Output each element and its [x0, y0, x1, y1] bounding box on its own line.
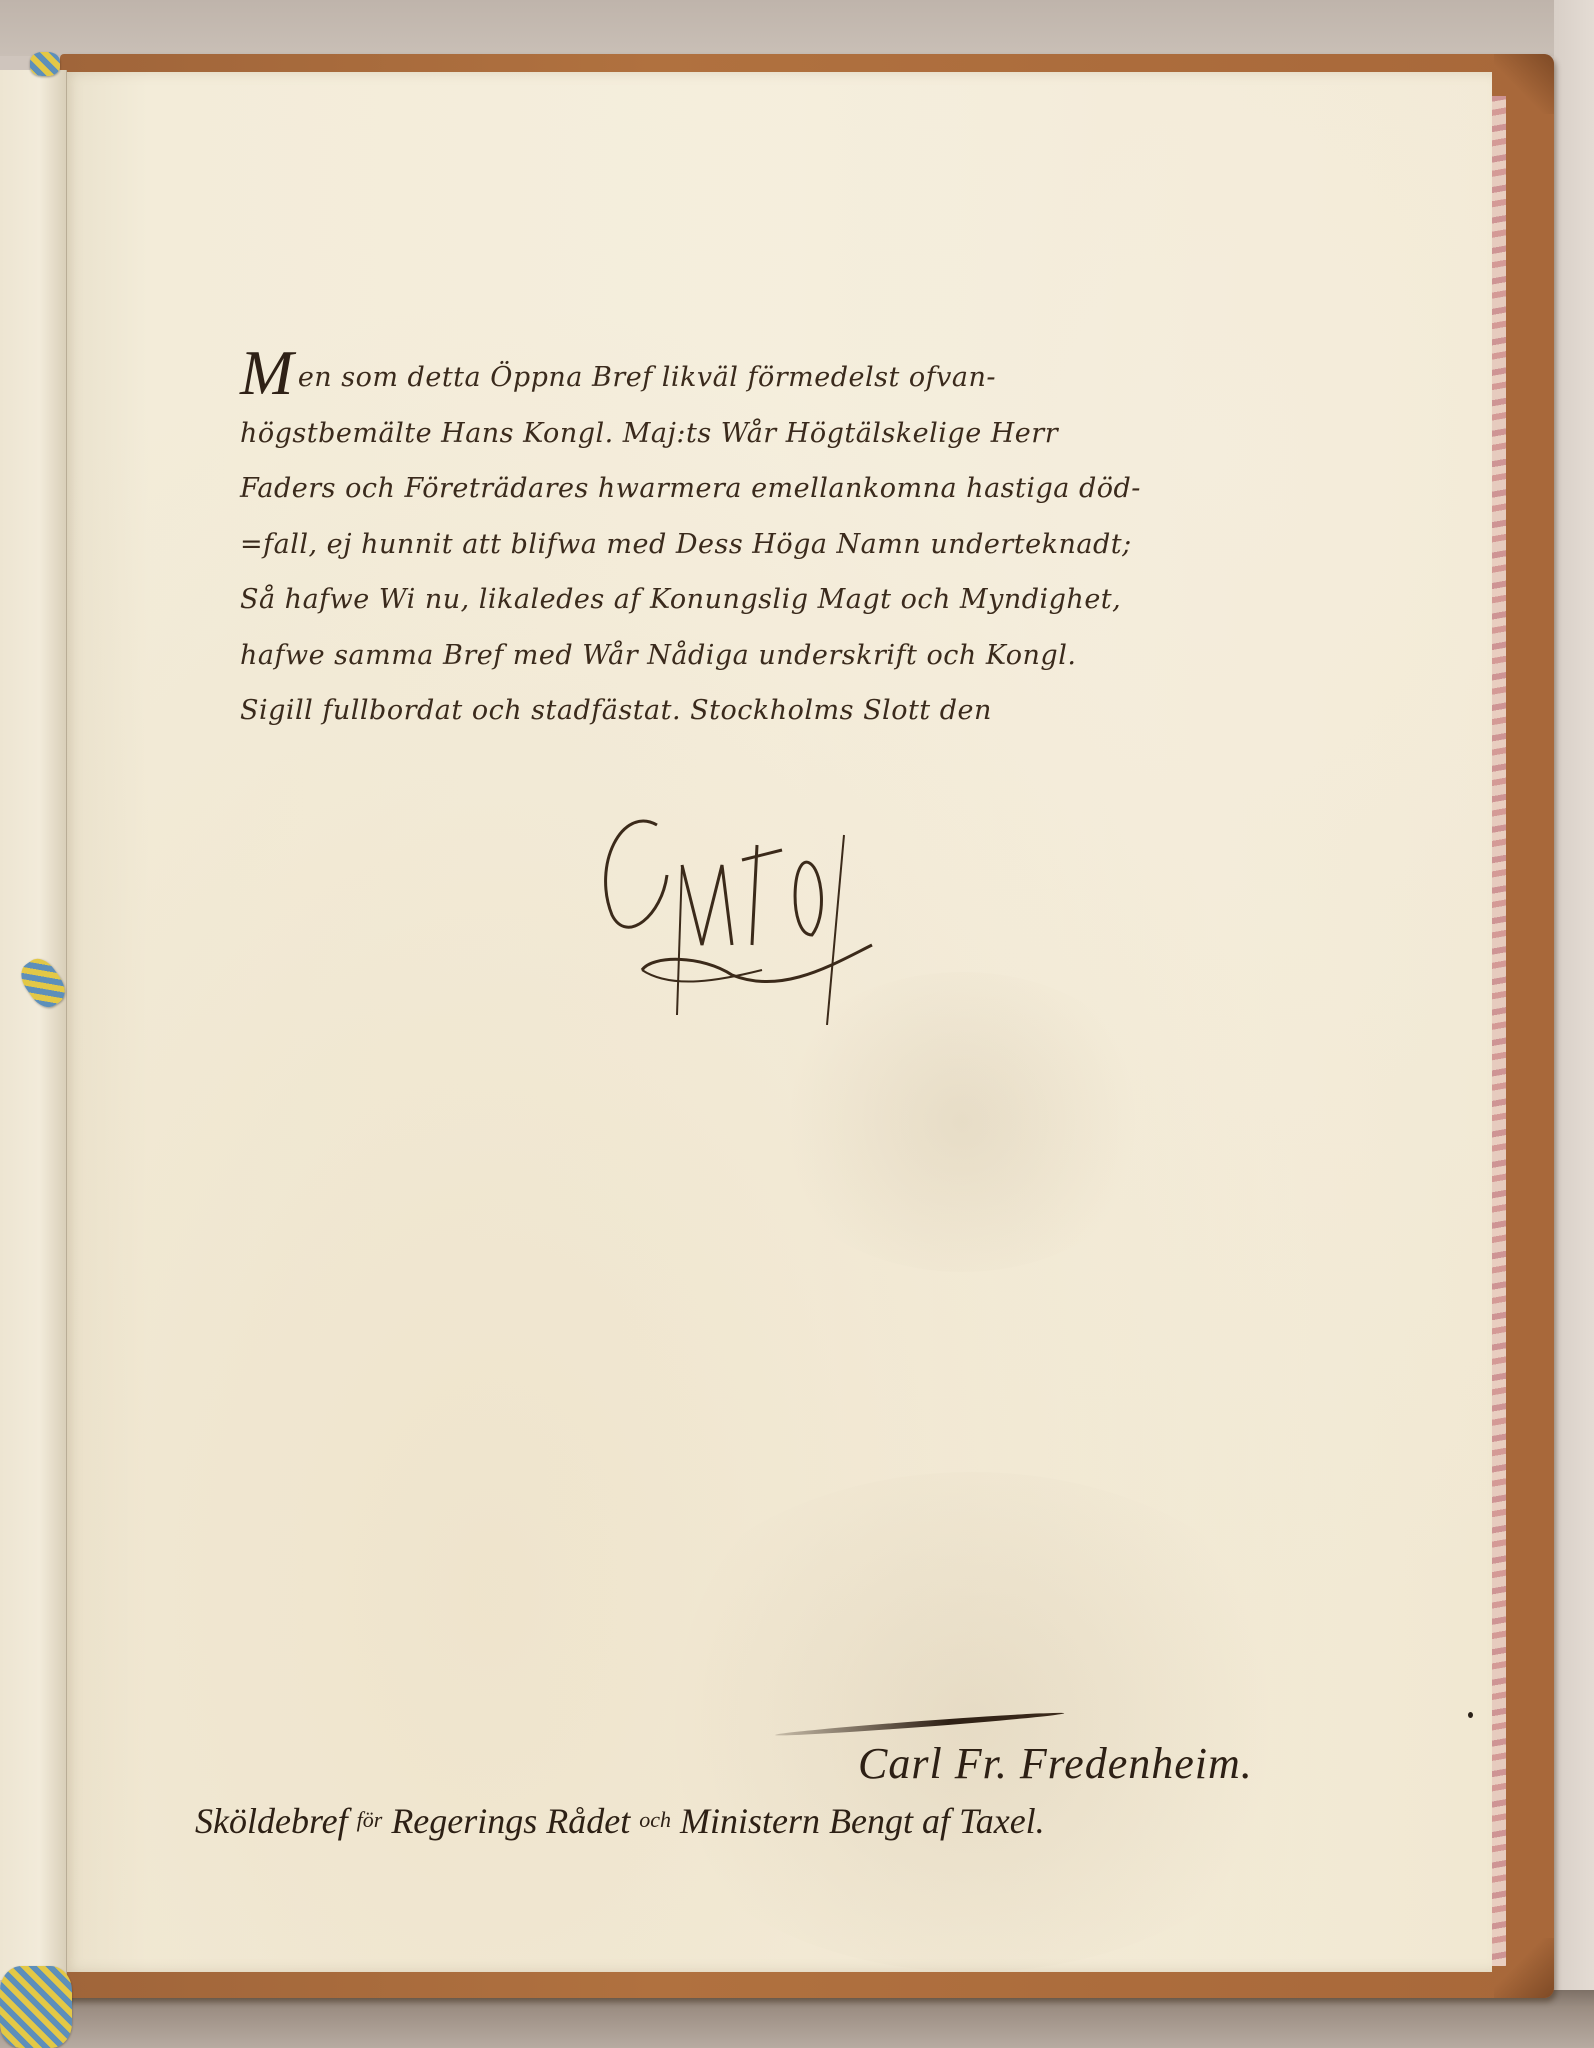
endorsement-title: Sköldebref: [195, 1801, 348, 1841]
letter-line-2: högstbemälte Hans Kongl. Maj:ts Wår Högt…: [240, 406, 1220, 462]
facing-page-gutter: [0, 70, 67, 1980]
backdrop-right: [1554, 0, 1594, 2048]
countersignature: Carl Fr. Fredenheim.: [858, 1738, 1253, 1789]
signature-flourish-icon: [582, 805, 882, 1025]
marbled-fore-edge: [1490, 96, 1506, 1966]
margin-ink-dot: [1468, 1712, 1473, 1718]
royal-signature: [582, 805, 882, 1025]
letter-line-1: Men som detta Öppna Bref likväl förmedel…: [240, 350, 1220, 406]
binding-cord-tassel-icon: [0, 1966, 72, 2048]
letter-line-3: Faders och Företrädares hwarmera emellan…: [240, 461, 1220, 517]
endorsement-for: för: [357, 1807, 383, 1832]
endorsement-office: Regerings Rådet: [391, 1801, 630, 1841]
letter-line-5: Så hafwe Wi nu, likaledes af Konungslig …: [240, 572, 1220, 628]
letter-body-text: Men som detta Öppna Bref likväl förmedel…: [240, 350, 1220, 739]
binding-cord-icon: [30, 52, 60, 76]
letter-line-4: =fall, ej hunnit att blifwa med Dess Hög…: [240, 517, 1220, 573]
backdrop-top: [0, 0, 1594, 56]
letter-line-7: Sigill fullbordat och stadfästat. Stockh…: [240, 683, 1220, 739]
backdrop-bottom: [0, 1990, 1594, 2048]
decorated-initial: M: [240, 337, 294, 408]
endorsement-line: Sköldebref för Regerings Rådet och Minis…: [195, 1800, 1045, 1842]
endorsement-and: och: [639, 1807, 671, 1832]
letter-line-6: hafwe samma Bref med Wår Nådiga underskr…: [240, 628, 1220, 684]
endorsement-name: Ministern Bengt af Taxel.: [680, 1801, 1045, 1841]
